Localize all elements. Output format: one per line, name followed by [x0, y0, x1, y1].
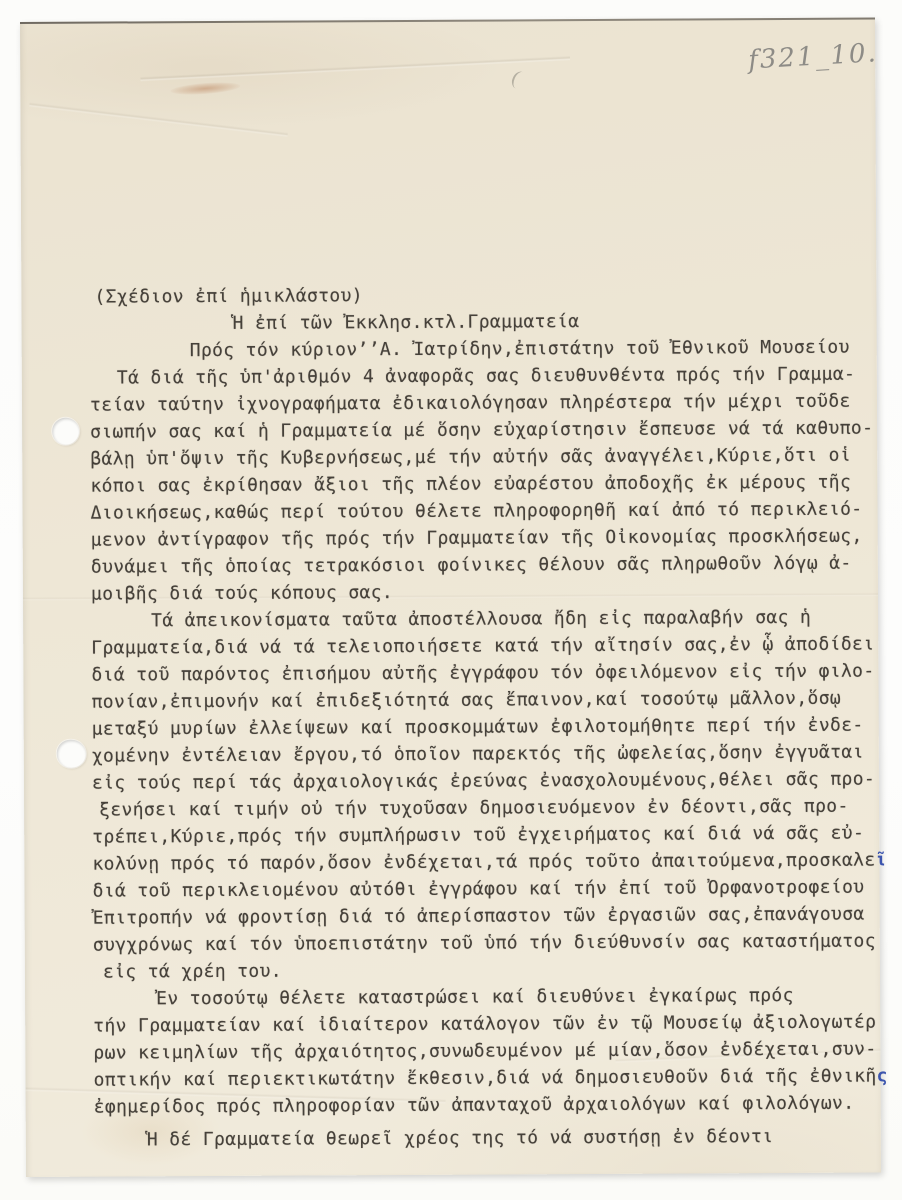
- text-line: Γραμματεία,διά νά τά τελειοποιήσετε κατά…: [91, 631, 866, 662]
- text-line: τήν Γραμματείαν καί ἰδιαίτερον κατάλογον…: [93, 1009, 868, 1040]
- text-line: ξενήσει καί τιμήν οὐ τήν τυχοῦσαν δημοσι…: [99, 793, 867, 824]
- text-line: Τά διά τῆς ὑπ'ἀριθμόν 4 ἀναφορᾶς σας διε…: [117, 361, 865, 392]
- text-line: διά τοῦ παρόντος ἐπισήμου αὐτῆς ἐγγράφου…: [91, 658, 866, 689]
- text-line: Πρός τόν κύριον’’Α. Ἰατρίδην,ἐπιστάτην τ…: [190, 334, 865, 365]
- text-line: Ἐπιτροπήν νά φροντίσῃ διά τό ἀπερίσπαστο…: [93, 901, 868, 932]
- rust-stain: [170, 80, 241, 96]
- punch-hole: [52, 418, 79, 445]
- text-line: εἰς τά χρέη του.: [103, 955, 868, 986]
- text-line: εἰς τούς περί τάς ἀρχαιολογικάς ἐρεύνας …: [92, 766, 867, 797]
- handwritten-correction: ς: [877, 1065, 888, 1086]
- text-line: οπτικήν καί περιεκτικωτάτην ἔκθεσιν,διά …: [93, 1063, 868, 1094]
- text-line: μεταξύ μυρίων ἐλλείψεων καί προσκομμάτων…: [92, 712, 867, 743]
- text-line: Τά ἀπεικονίσματα ταῦτα ἀποστέλλουσα ἤδη …: [151, 604, 866, 635]
- text-line: τείαν ταύτην ἰχνογραφήματα ἐδικαιολόγησα…: [90, 388, 865, 419]
- text-line: Ἡ ἐπί τῶν Ἐκκλησ.κτλ.Γραμματεία: [233, 307, 865, 337]
- text-line: Ἡ δέ Γραμματεία θεωρεῖ χρέος της τό νά σ…: [147, 1123, 869, 1154]
- archival-reference-number: f321_10.: [747, 38, 878, 75]
- text-line: ρων κειμηλίων τῆς ἀρχαιότητος,συνωδευμέν…: [93, 1036, 868, 1067]
- paper-crease: [29, 102, 288, 137]
- document-body: (Σχέδιον ἐπί ἡμικλάστου)Ἡ ἐπί τῶν Ἐκκλησ…: [89, 280, 869, 1154]
- punch-hole: [57, 740, 86, 768]
- text-line: τρέπει,Κύριε,πρός τήν συμπλήρωσιν τοῦ ἐγ…: [92, 820, 867, 851]
- text-line: συγχρόνως καί τόν ὑποεπιστάτην τοῦ ὑπό τ…: [93, 928, 868, 959]
- text-line: Ἐν τοσούτῳ θέλετε καταστρώσει καί διευθύ…: [156, 982, 868, 1013]
- text-line: κολύνῃ πρός τό παρόν,ὅσον ἐνδέχεται,τά π…: [92, 847, 867, 878]
- text-line: διά τοῦ περικλειομένου αὐτόθι ἐγγράφου κ…: [92, 874, 867, 905]
- pencil-mark: [509, 69, 529, 91]
- text-line: πονίαν,ἐπιμονήν καί ἐπιδεξιότητά σας ἔπα…: [91, 685, 866, 716]
- handwritten-correction: ῖ: [875, 849, 886, 870]
- text-line: κόποι σας ἐκρίθησαν ἄξιοι τῆς πλέον εὐαρ…: [90, 469, 865, 500]
- text-line: μενον ἀντίγραφον τῆς πρός τήν Γραμματεία…: [91, 523, 866, 554]
- text-line: Διοικήσεως,καθώς περί τούτου θέλετε πληρ…: [91, 496, 866, 527]
- text-line: μοιβῆς διά τούς κόπους σας.: [91, 577, 866, 608]
- text-line: χομένην ἐντέλειαν ἔργου,τό ὁποῖον παρεκτ…: [92, 739, 867, 770]
- text-line: δυνάμει τῆς ὁποίας τετρακόσιοι φοίνικες …: [91, 550, 866, 581]
- paper-crease: [140, 56, 570, 82]
- text-line: βάλῃ ὑπ'ὄψιν τῆς Κυβερνήσεως,μέ τήν αὐτή…: [90, 442, 865, 473]
- text-line: ἐφημερίδος πρός πληροφορίαν τῶν ἀπανταχο…: [94, 1090, 869, 1121]
- document-paper: f321_10. (Σχέδιον ἐπί ἡμικλάστου)Ἡ ἐπί τ…: [20, 18, 881, 1177]
- text-line: (Σχέδιον ἐπί ἡμικλάστου): [94, 280, 864, 311]
- text-line: σιωπήν σας καί ἡ Γραμματεία μέ ὅσην εὐχα…: [90, 415, 865, 446]
